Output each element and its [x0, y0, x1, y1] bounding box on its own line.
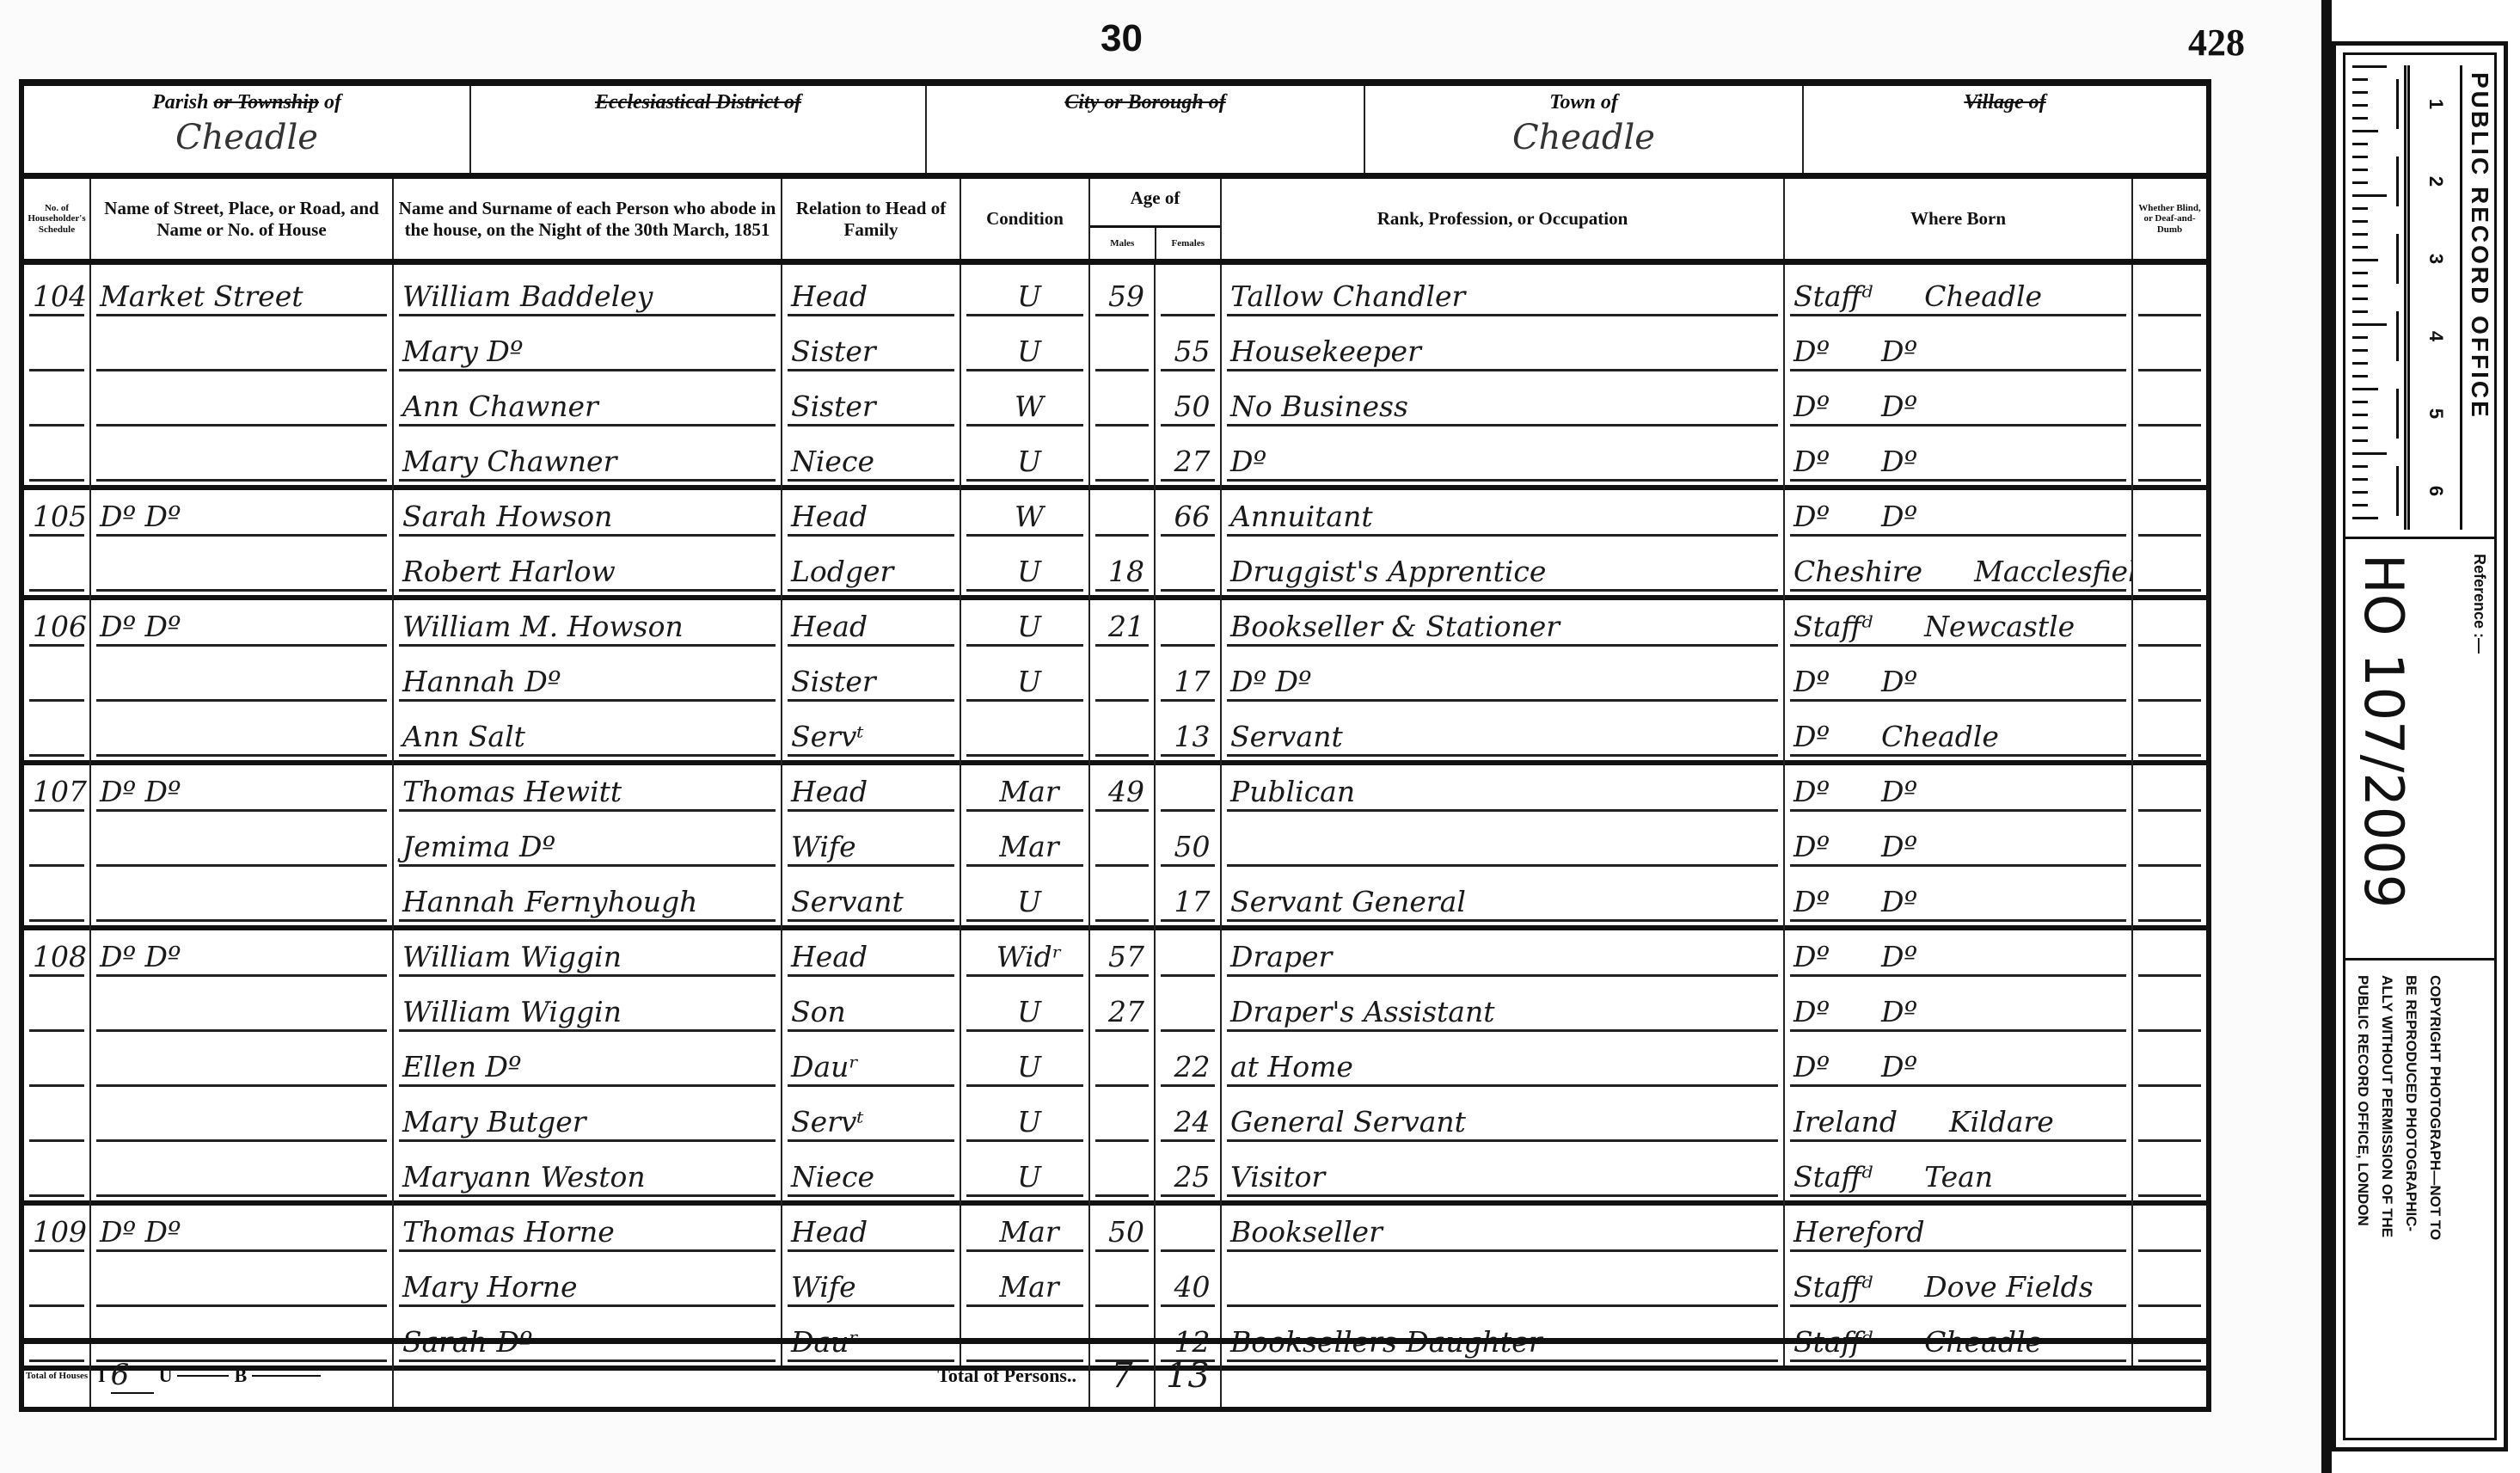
- cell-blind: [2133, 650, 2206, 705]
- cell-age-f: 17: [1156, 870, 1222, 925]
- cell-occupation: Servant: [1222, 705, 1785, 760]
- col-condition: Condition: [961, 179, 1090, 259]
- born-place: Newcastle: [1924, 610, 2075, 643]
- cell-street: Dº Dº: [91, 1200, 394, 1255]
- cell-blind: [2133, 1255, 2206, 1310]
- col-street: Name of Street, Place, or Road, and Name…: [91, 179, 394, 259]
- cell-street: [91, 320, 394, 375]
- table-row: Mary HorneWifeMar40StaffᵈDove Fields: [24, 1255, 2206, 1310]
- cell-age-m: [1090, 815, 1156, 870]
- ruler-tick: [2352, 504, 2368, 506]
- cell-schedule: [24, 870, 91, 925]
- ruler-tick: [2352, 362, 2368, 365]
- cell-occupation: Draper: [1222, 925, 1785, 980]
- cell-condition: U: [961, 870, 1090, 925]
- table-row: Ann ChawnerSisterW50No BusinessDºDº: [24, 375, 2206, 430]
- ruler-tick: [2352, 65, 2387, 68]
- cell-age-m: 18: [1090, 540, 1156, 595]
- cell-relation: Niece: [782, 1145, 961, 1200]
- col-where-born: Where Born: [1785, 179, 2133, 259]
- cell-schedule: 108: [24, 925, 91, 980]
- cell-age-f: [1156, 540, 1222, 595]
- cell-occupation: at Home: [1222, 1035, 1785, 1090]
- born-place: Dº: [1881, 885, 1917, 918]
- cell-condition: Mar: [961, 760, 1090, 815]
- cell-relation: Wife: [782, 1255, 961, 1310]
- ruler-tick: [2352, 233, 2368, 236]
- table-row: Hannah DºSisterU17Dº DºDºDº: [24, 650, 2206, 705]
- cell-occupation: Druggist's Apprentice: [1222, 540, 1785, 595]
- cell-condition: U: [961, 1035, 1090, 1090]
- cell-where-born: DºDº: [1785, 375, 2133, 430]
- cell-occupation: Annuitant: [1222, 485, 1785, 540]
- born-place: Dº: [1881, 995, 1917, 1028]
- cell-street: [91, 540, 394, 595]
- cell-age-f: 22: [1156, 1035, 1222, 1090]
- column-headers: No. of Householder's Schedule Name of St…: [24, 179, 2206, 265]
- cell-name: Ann Chawner: [394, 375, 782, 430]
- cell-schedule: [24, 1255, 91, 1310]
- cell-occupation: Bookseller: [1222, 1200, 1785, 1255]
- cell-condition: Mar: [961, 1200, 1090, 1255]
- ruler-tick: [2352, 414, 2368, 416]
- cell-relation: Son: [782, 980, 961, 1035]
- ruler-tick: [2352, 298, 2368, 300]
- cell-street: [91, 375, 394, 430]
- cell-blind: [2133, 1035, 2206, 1090]
- cell-condition: U: [961, 320, 1090, 375]
- born-place: Dº: [1881, 334, 1917, 368]
- cell-street: [91, 1090, 394, 1145]
- cell-schedule: [24, 375, 91, 430]
- born-place: Kildare: [1949, 1105, 2054, 1139]
- ruler-scale: [2352, 65, 2407, 530]
- cell-age-f: 66: [1156, 485, 1222, 540]
- cell-street: [91, 980, 394, 1035]
- cell-occupation: Dº: [1222, 430, 1785, 485]
- cell-name: William Wiggin: [394, 980, 782, 1035]
- table-row: 108Dº DºWilliam WigginHeadWidʳ57DraperDº…: [24, 925, 2206, 980]
- ruler-tick: [2352, 349, 2368, 352]
- ruler-tick: [2352, 336, 2368, 339]
- cell-street: [91, 870, 394, 925]
- total-females: 13: [1156, 1344, 1222, 1407]
- copyright-line: COPYRIGHT PHOTOGRAPH—NOT TO: [2426, 975, 2443, 1240]
- cell-street: [91, 815, 394, 870]
- cell-name: Hannah Dº: [394, 650, 782, 705]
- cell-relation: Head: [782, 485, 961, 540]
- cell-where-born: DºDº: [1785, 760, 2133, 815]
- cell-condition: U: [961, 430, 1090, 485]
- cell-occupation: No Business: [1222, 375, 1785, 430]
- ruler-tick: [2352, 310, 2368, 313]
- cell-age-f: 50: [1156, 375, 1222, 430]
- ruler-tick: [2352, 259, 2378, 261]
- cell-condition: Widʳ: [961, 925, 1090, 980]
- cell-where-born: DºDº: [1785, 485, 2133, 540]
- cell-schedule: 105: [24, 485, 91, 540]
- ruler-tick: [2352, 130, 2378, 132]
- table-row: William WigginSonU27Draper's AssistantDº…: [24, 980, 2206, 1035]
- born-place: Dove Fields: [1924, 1270, 2094, 1304]
- born-place: Cheadle: [1881, 720, 1999, 753]
- cell-age-m: 57: [1090, 925, 1156, 980]
- cell-occupation: [1222, 815, 1785, 870]
- ruler-tick: [2352, 156, 2368, 158]
- cell-blind: [2133, 1200, 2206, 1255]
- copyright-line: BE REPRODUCED PHOTOGRAPHIC-: [2402, 975, 2419, 1240]
- cell-age-f: 40: [1156, 1255, 1222, 1310]
- cell-relation: Servᵗ: [782, 1090, 961, 1145]
- cell-street: Market Street: [91, 265, 394, 320]
- born-place: Dº: [1881, 775, 1917, 808]
- ruler-tick: [2352, 181, 2368, 184]
- cell-blind: [2133, 705, 2206, 760]
- cell-condition: U: [961, 980, 1090, 1035]
- town-value: Cheadle: [1365, 118, 1802, 157]
- cell-condition: U: [961, 1090, 1090, 1145]
- cell-name: Ellen Dº: [394, 1035, 782, 1090]
- cell-age-f: 25: [1156, 1145, 1222, 1200]
- cell-age-m: [1090, 870, 1156, 925]
- table-row: 109Dº DºThomas HorneHeadMar50BooksellerH…: [24, 1200, 2206, 1255]
- parish-value: Cheadle: [24, 118, 469, 157]
- ruler-tick: [2352, 465, 2368, 468]
- cell-name: Thomas Hewitt: [394, 760, 782, 815]
- table-row: Hannah FernyhoughServantU17Servant Gener…: [24, 870, 2206, 930]
- cell-age-f: [1156, 595, 1222, 650]
- scale-number: 2: [2396, 157, 2474, 206]
- cell-where-born: StaffᵈTean: [1785, 1145, 2133, 1200]
- ruler-tick: [2352, 272, 2368, 274]
- cell-age-f: 50: [1156, 815, 1222, 870]
- scale-number: 1: [2396, 79, 2474, 129]
- divider: [2345, 958, 2494, 961]
- cell-age-m: 27: [1090, 980, 1156, 1035]
- cell-age-m: [1090, 320, 1156, 375]
- cell-schedule: [24, 815, 91, 870]
- total-males: 7: [1090, 1344, 1156, 1407]
- cell-name: Mary Dº: [394, 320, 782, 375]
- cell-schedule: [24, 650, 91, 705]
- cell-occupation: Bookseller & Stationer: [1222, 595, 1785, 650]
- cell-where-born: DºDº: [1785, 815, 2133, 870]
- copyright-line: ALLY WITHOUT PERMISSION OF THE: [2378, 975, 2395, 1240]
- born-place: Tean: [1924, 1160, 1993, 1194]
- cell-where-born: CheshireMacclesfield: [1785, 540, 2133, 595]
- cell-condition: W: [961, 375, 1090, 430]
- ecclesiastical-label: Ecclesiastical District of: [471, 91, 925, 114]
- cell-blind: [2133, 375, 2206, 430]
- table-row: Maryann WestonNieceU25VisitorStaffᵈTean: [24, 1145, 2206, 1206]
- ruler-tick: [2352, 323, 2387, 326]
- table-row: Ann SaltServᵗ13ServantDºCheadle: [24, 705, 2206, 765]
- cell-where-born: DºDº: [1785, 320, 2133, 375]
- col-occupation: Rank, Profession, or Occupation: [1222, 179, 1785, 259]
- cell-age-m: [1090, 705, 1156, 760]
- cell-name: Thomas Horne: [394, 1200, 782, 1255]
- scale-number: 4: [2396, 311, 2474, 361]
- cell-street: [91, 705, 394, 760]
- scale-number: 6: [2396, 466, 2474, 516]
- ruler-tick: [2352, 285, 2368, 287]
- cell-where-born: DºDº: [1785, 925, 2133, 980]
- cell-blind: [2133, 870, 2206, 925]
- city-label: City or Borough of: [927, 91, 1364, 114]
- cell-condition: U: [961, 595, 1090, 650]
- cell-occupation: Publican: [1222, 760, 1785, 815]
- col-age-males: Males: [1090, 228, 1156, 259]
- cell-condition: U: [961, 265, 1090, 320]
- cell-name: Hannah Fernyhough: [394, 870, 782, 925]
- cell-schedule: 104: [24, 265, 91, 320]
- cell-age-f: [1156, 265, 1222, 320]
- born-place: Dº: [1881, 830, 1917, 863]
- cell-age-f: 55: [1156, 320, 1222, 375]
- village-cell: Village of: [1804, 86, 2206, 173]
- cell-occupation: [1222, 1255, 1785, 1310]
- cell-schedule: 106: [24, 595, 91, 650]
- ruler-tick: [2352, 246, 2368, 249]
- table-row: Mary DºSisterU55HousekeeperDºDº: [24, 320, 2206, 375]
- reference-value: HO 107/2009: [2352, 554, 2415, 908]
- cell-age-f: 27: [1156, 430, 1222, 485]
- cell-schedule: [24, 1145, 91, 1200]
- cell-where-born: DºDº: [1785, 1035, 2133, 1090]
- houses-inhabited: 6: [111, 1358, 154, 1394]
- cell-schedule: [24, 320, 91, 375]
- cell-street: [91, 650, 394, 705]
- cell-street: Dº Dº: [91, 925, 394, 980]
- ruler-tick: [2352, 78, 2368, 81]
- cell-age-m: [1090, 375, 1156, 430]
- cell-where-born: Hereford: [1785, 1200, 2133, 1255]
- cell-age-m: 59: [1090, 265, 1156, 320]
- cell-schedule: [24, 1090, 91, 1145]
- born-place: Cheadle: [1924, 279, 2042, 313]
- cell-relation: Servant: [782, 870, 961, 925]
- cell-occupation: Housekeeper: [1222, 320, 1785, 375]
- table-row: Mary ButgerServᵗU24General ServantIrelan…: [24, 1090, 2206, 1145]
- cell-blind: [2133, 815, 2206, 870]
- cell-blind: [2133, 430, 2206, 485]
- cell-schedule: [24, 1035, 91, 1090]
- cell-age-m: [1090, 1145, 1156, 1200]
- cell-where-born: IrelandKildare: [1785, 1090, 2133, 1145]
- born-place: Macclesfield: [1974, 555, 2133, 588]
- born-place: Dº: [1881, 665, 1917, 698]
- table-row: Ellen DºDauʳU22at HomeDºDº: [24, 1035, 2206, 1090]
- cell-age-f: [1156, 760, 1222, 815]
- cell-relation: Sister: [782, 375, 961, 430]
- copyright-notice: COPYRIGHT PHOTOGRAPH—NOT TOBE REPRODUCED…: [2354, 975, 2443, 1240]
- table-row: 104Market StreetWilliam BaddeleyHeadU59T…: [24, 265, 2206, 320]
- ruler-tick: [2352, 143, 2368, 145]
- col-blind: Whether Blind, or Deaf-and-Dumb: [2133, 179, 2206, 259]
- table-row: 105Dº DºSarah HowsonHeadW66AnnuitantDºDº: [24, 485, 2206, 540]
- cell-blind: [2133, 925, 2206, 980]
- ruler-tick: [2352, 388, 2378, 390]
- cell-schedule: 109: [24, 1200, 91, 1255]
- ruler-tick: [2352, 91, 2368, 94]
- cell-name: Robert Harlow: [394, 540, 782, 595]
- cell-name: Ann Salt: [394, 705, 782, 760]
- parish-label: Parish or Township of: [24, 91, 469, 114]
- census-sheet: Parish or Township of Cheadle Ecclesiast…: [19, 79, 2211, 1412]
- persons-label: Total of Persons..: [394, 1344, 1090, 1407]
- cell-where-born: StaffᵈCheadle: [1785, 265, 2133, 320]
- col-name: Name and Surname of each Person who abod…: [394, 179, 782, 259]
- cell-occupation: Dº Dº: [1222, 650, 1785, 705]
- houses-label: Total of Houses: [24, 1344, 91, 1407]
- scale-number: 3: [2396, 234, 2474, 284]
- cell-where-born: StaffᵈDove Fields: [1785, 1255, 2133, 1310]
- cell-relation: Head: [782, 1200, 961, 1255]
- table-row: Robert HarlowLodgerU18Druggist's Apprent…: [24, 540, 2206, 600]
- cell-age-f: [1156, 925, 1222, 980]
- parish-cell: Parish or Township of Cheadle: [24, 86, 471, 173]
- cell-age-m: 49: [1090, 760, 1156, 815]
- cell-where-born: DºDº: [1785, 870, 2133, 925]
- cell-relation: Head: [782, 265, 961, 320]
- cell-blind: [2133, 540, 2206, 595]
- ecclesiastical-cell: Ecclesiastical District of: [471, 86, 927, 173]
- cell-age-m: [1090, 1255, 1156, 1310]
- cell-name: Mary Butger: [394, 1090, 782, 1145]
- col-age-females: Females: [1156, 228, 1221, 259]
- cell-schedule: [24, 430, 91, 485]
- ruler-tick: [2352, 517, 2378, 519]
- born-place: Dº: [1881, 390, 1917, 423]
- cell-condition: W: [961, 485, 1090, 540]
- ruler-tick: [2352, 104, 2368, 107]
- copyright-line: PUBLIC RECORD OFFICE, LONDON: [2354, 975, 2371, 1240]
- born-place: Dº: [1881, 1050, 1917, 1083]
- cell-name: Maryann Weston: [394, 1145, 782, 1200]
- ruler-tick: [2352, 491, 2368, 494]
- cell-condition: [961, 705, 1090, 760]
- cell-condition: Mar: [961, 815, 1090, 870]
- cell-condition: Mar: [961, 1255, 1090, 1310]
- houses-totals: I 6 U B: [91, 1344, 394, 1407]
- cell-name: William Wiggin: [394, 925, 782, 980]
- cell-age-m: [1090, 1035, 1156, 1090]
- cell-schedule: [24, 540, 91, 595]
- col-age: Age of MalesFemales: [1090, 179, 1222, 259]
- cell-name: Jemima Dº: [394, 815, 782, 870]
- scale-number: 5: [2396, 389, 2474, 439]
- cell-where-born: DºDº: [1785, 430, 2133, 485]
- cell-name: William M. Howson: [394, 595, 782, 650]
- ruler-tick: [2352, 194, 2387, 197]
- cell-age-m: 50: [1090, 1200, 1156, 1255]
- cell-schedule: [24, 980, 91, 1035]
- cell-relation: Servᵗ: [782, 705, 961, 760]
- cell-schedule: 107: [24, 760, 91, 815]
- cell-name: Mary Chawner: [394, 430, 782, 485]
- cell-occupation: Visitor: [1222, 1145, 1785, 1200]
- town-label: Town of: [1365, 91, 1802, 114]
- ruler-tick: [2352, 439, 2368, 442]
- cell-street: [91, 430, 394, 485]
- cell-age-f: [1156, 1200, 1222, 1255]
- born-place: Dº: [1881, 940, 1917, 973]
- cell-where-born: StaffᵈNewcastle: [1785, 595, 2133, 650]
- cell-street: Dº Dº: [91, 595, 394, 650]
- cell-blind: [2133, 1145, 2206, 1200]
- location-header: Parish or Township of Cheadle Ecclesiast…: [24, 86, 2206, 179]
- cell-blind: [2133, 760, 2206, 815]
- cell-age-f: [1156, 980, 1222, 1035]
- cell-blind: [2133, 1090, 2206, 1145]
- cell-street: [91, 1035, 394, 1090]
- cell-relation: Lodger: [782, 540, 961, 595]
- table-row: 107Dº DºThomas HewittHeadMar49PublicanDº…: [24, 760, 2206, 815]
- cell-where-born: DºDº: [1785, 980, 2133, 1035]
- cell-occupation: Tallow Chandler: [1222, 265, 1785, 320]
- cell-relation: Sister: [782, 320, 961, 375]
- cell-age-m: [1090, 1090, 1156, 1145]
- cell-blind: [2133, 265, 2206, 320]
- town-cell: Town of Cheadle: [1365, 86, 1804, 173]
- ruler-tick: [2352, 117, 2368, 120]
- cell-age-f: 24: [1156, 1090, 1222, 1145]
- stamp-number: 428: [2188, 21, 2245, 64]
- cell-occupation: Servant General: [1222, 870, 1785, 925]
- cell-name: William Baddeley: [394, 265, 782, 320]
- born-place: Dº: [1881, 500, 1917, 533]
- cell-age-m: [1090, 485, 1156, 540]
- ruler-tick: [2352, 478, 2368, 481]
- cell-blind: [2133, 595, 2206, 650]
- ruler-tick: [2352, 169, 2368, 171]
- cell-condition: U: [961, 540, 1090, 595]
- col-relation: Relation to Head of Family: [782, 179, 961, 259]
- ruler-tick: [2352, 220, 2368, 223]
- ruler-tick: [2352, 452, 2387, 455]
- pro-reference-strip: 123456 PUBLIC RECORD OFFICE Reference :—…: [2332, 41, 2508, 1452]
- scale-boxes: 123456: [2407, 65, 2462, 530]
- table-row: Mary ChawnerNieceU27DºDºDº: [24, 430, 2206, 490]
- cell-name: Sarah Howson: [394, 485, 782, 540]
- cell-age-m: [1090, 650, 1156, 705]
- totals-footer: Total of Houses I 6 U B Total of Persons…: [24, 1338, 2206, 1407]
- village-label: Village of: [1804, 91, 2206, 114]
- cell-relation: Head: [782, 595, 961, 650]
- cell-condition: U: [961, 650, 1090, 705]
- cell-street: [91, 1145, 394, 1200]
- cell-occupation: General Servant: [1222, 1090, 1785, 1145]
- binding-edge: [2321, 0, 2332, 1473]
- cell-where-born: DºDº: [1785, 650, 2133, 705]
- cell-schedule: [24, 705, 91, 760]
- cell-name: Mary Horne: [394, 1255, 782, 1310]
- table-row: 106Dº DºWilliam M. HowsonHeadU21Booksell…: [24, 595, 2206, 650]
- ruler-tick: [2352, 401, 2368, 403]
- cell-street: Dº Dº: [91, 485, 394, 540]
- cell-relation: Wife: [782, 815, 961, 870]
- folio-number: 30: [1101, 17, 1143, 60]
- col-schedule: No. of Householder's Schedule: [24, 179, 91, 259]
- divider: [2345, 537, 2494, 539]
- cell-condition: U: [961, 1145, 1090, 1200]
- cell-blind: [2133, 485, 2206, 540]
- cell-street: [91, 1255, 394, 1310]
- cell-blind: [2133, 980, 2206, 1035]
- pro-title: PUBLIC RECORD OFFICE: [2466, 72, 2493, 420]
- ruler-tick: [2352, 207, 2368, 210]
- cell-age-f: 13: [1156, 705, 1222, 760]
